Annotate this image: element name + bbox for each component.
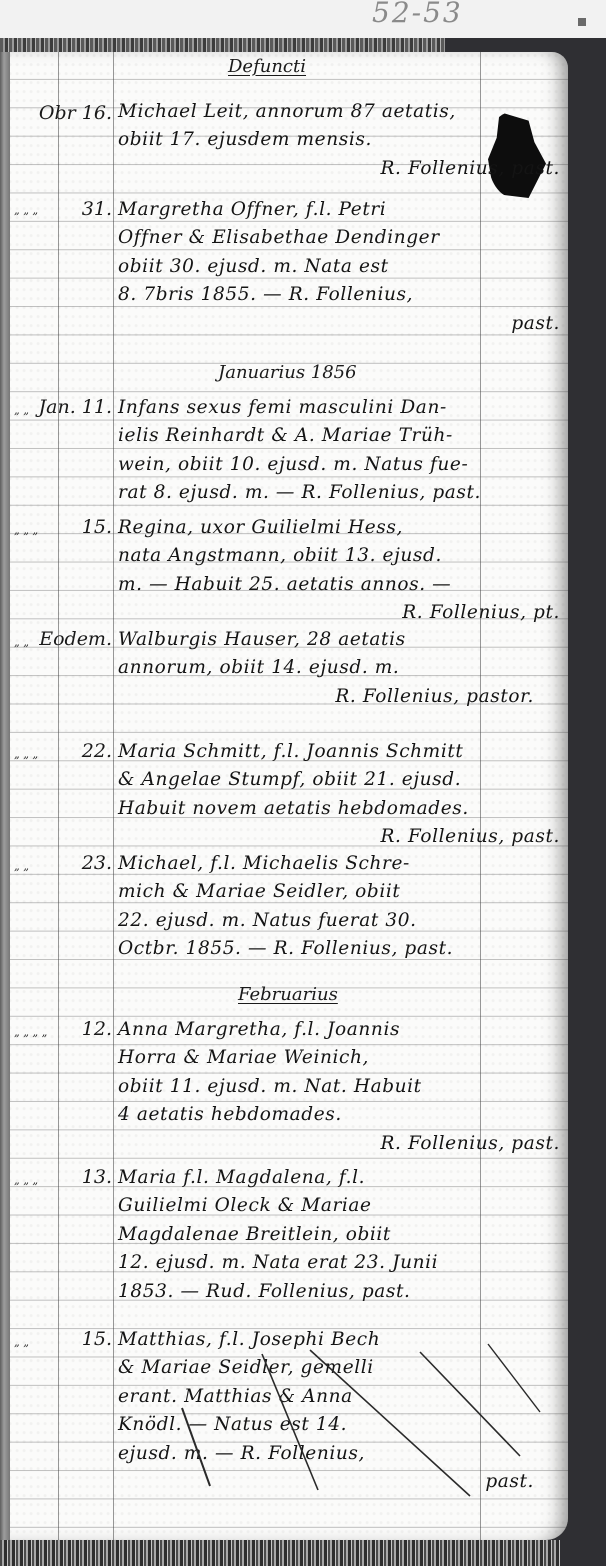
register-entries: Defuncti Obr 16. Michael Leit, annorum 8… [0, 0, 606, 1566]
cross-out-strokes [0, 0, 606, 1566]
